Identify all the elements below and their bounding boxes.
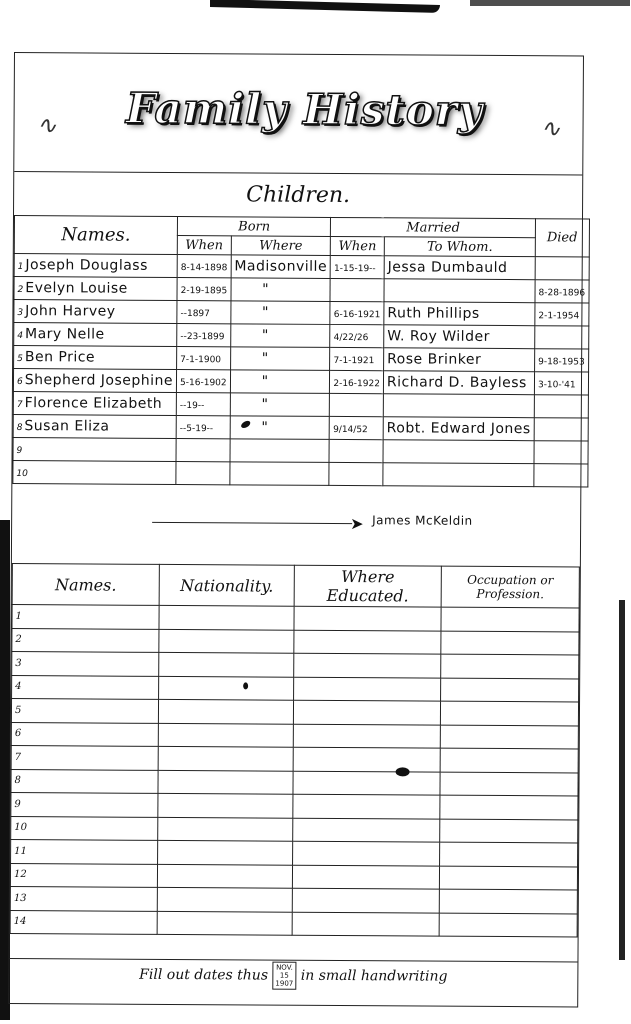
arrow-right-icon: ➤ xyxy=(350,514,364,533)
married-when-text: 7-1-1921 xyxy=(333,355,374,365)
arrow-line xyxy=(152,522,352,524)
born-where: " xyxy=(230,393,330,417)
col-married-to: To Whom. xyxy=(384,237,535,257)
nationality-cell xyxy=(158,840,293,864)
table-row: 13 xyxy=(10,886,577,913)
education-cell xyxy=(294,606,441,630)
name-cell: 5 xyxy=(11,698,158,722)
married-when-text: 2-16-1922 xyxy=(333,378,380,388)
child-name: 2Evelyn Louise xyxy=(14,277,177,301)
name-cell: 4 xyxy=(12,675,159,699)
row-number: 10 xyxy=(16,469,28,479)
child-name: 7Florence Elizabeth xyxy=(13,392,176,416)
born-where xyxy=(230,439,330,463)
born-when-text: 7-1-1900 xyxy=(180,355,221,365)
education-cell xyxy=(293,724,440,748)
row-number: 4 xyxy=(17,331,23,341)
born-when xyxy=(176,461,230,484)
education-cell xyxy=(293,794,440,818)
married-when: 4/22/26 xyxy=(330,324,384,347)
married-when-text: 9/14/52 xyxy=(333,424,368,434)
child-name: 10 xyxy=(13,461,176,485)
row-number: 7 xyxy=(17,400,23,410)
row-number: 5 xyxy=(15,705,21,716)
table-row: 10 xyxy=(13,461,588,488)
table-row: 6 xyxy=(11,722,578,749)
table-row: 14 xyxy=(10,910,577,937)
married-to: Rose Brinker xyxy=(384,348,535,372)
born-where-text: Madisonville xyxy=(234,258,327,275)
died-date-text: 2-1-1954 xyxy=(538,311,579,321)
row-number: 3 xyxy=(15,658,21,669)
date-example-month: NOV. xyxy=(276,964,293,972)
row-number: 12 xyxy=(14,869,27,880)
married-to: Robt. Edward Jones xyxy=(383,417,534,441)
born-where-text: " xyxy=(234,373,269,389)
died-date xyxy=(534,395,588,418)
col-names: Names. xyxy=(12,563,159,605)
died-date xyxy=(534,441,588,464)
born-when-text: --1897 xyxy=(180,309,209,319)
born-where-text: " xyxy=(234,327,269,343)
table-row: 10 xyxy=(11,816,578,843)
name-cell: 1 xyxy=(12,604,159,628)
name-cell: 12 xyxy=(10,863,157,887)
occupation-cell xyxy=(440,795,578,819)
nationality-cell xyxy=(159,605,294,629)
born-when: --19-- xyxy=(176,392,230,415)
child-name-text: Shepherd Josephine xyxy=(25,372,173,389)
ink-blot xyxy=(243,682,248,689)
education-cell xyxy=(293,771,440,795)
married-to xyxy=(383,463,534,487)
occupation-cell xyxy=(441,607,579,631)
occupation-cell xyxy=(440,842,578,866)
col-married-when: When xyxy=(331,236,385,255)
row-number: 6 xyxy=(15,728,21,739)
table-row: 2 xyxy=(12,628,579,655)
binding-shadow xyxy=(619,600,625,960)
nationality-cell xyxy=(158,793,293,817)
name-cell: 3 xyxy=(12,651,159,675)
flourish-right-icon: ∿ xyxy=(540,114,560,142)
child-name-text: John Harvey xyxy=(25,303,116,320)
children-table: Names. Born Married Died When Where When… xyxy=(12,215,589,488)
occupation-cell xyxy=(440,725,578,749)
born-when-text: 5-16-1902 xyxy=(180,378,227,388)
occupation-cell xyxy=(441,631,579,655)
died-date xyxy=(534,464,588,487)
married-when-text: 6-16-1921 xyxy=(334,309,381,319)
born-where: " xyxy=(230,324,330,348)
born-where-text: " xyxy=(233,419,268,435)
born-where: " xyxy=(230,370,330,394)
name-cell: 11 xyxy=(11,839,158,863)
married-to xyxy=(383,394,534,418)
married-when xyxy=(330,393,384,416)
row-number: 9 xyxy=(17,446,23,456)
married-to: W. Roy Wilder xyxy=(384,325,535,349)
married-to xyxy=(384,279,535,303)
col-nationality: Nationality. xyxy=(159,564,294,606)
married-to: Richard D. Bayless xyxy=(383,371,534,395)
row-number: 8 xyxy=(17,423,23,433)
page-title: Family History xyxy=(74,83,534,146)
married-to xyxy=(383,440,534,464)
col-occupation: Occupation or Profession. xyxy=(441,566,579,608)
margin-note: ➤ James McKeldin xyxy=(52,511,572,538)
married-when: 9/14/52 xyxy=(330,416,384,439)
education-cell xyxy=(294,630,441,654)
row-number: 7 xyxy=(15,752,21,763)
married-when: 1-15-19-- xyxy=(331,255,385,278)
table-row: 12 xyxy=(10,863,577,890)
child-name: 9 xyxy=(13,438,176,462)
occupation-cell xyxy=(441,678,579,702)
name-cell: 10 xyxy=(11,816,158,840)
born-where-text: " xyxy=(234,304,269,320)
ink-blot xyxy=(396,767,410,776)
col-married: Married xyxy=(331,217,536,237)
name-cell: 6 xyxy=(11,722,158,746)
married-to-text: Robt. Edward Jones xyxy=(387,420,531,437)
name-cell: 9 xyxy=(11,792,158,816)
married-to-text: Ruth Phillips xyxy=(387,305,479,322)
table-row: 3 xyxy=(12,651,579,678)
occupation-cell xyxy=(440,701,578,725)
child-name-text: Ben Price xyxy=(25,349,95,365)
born-where-text xyxy=(233,465,261,481)
row-number: 5 xyxy=(17,354,23,364)
died-date-text: 8-28-1896 xyxy=(539,288,586,298)
died-date xyxy=(535,257,589,280)
married-when-text: 1-15-19-- xyxy=(334,263,376,273)
child-name-text: Evelyn Louise xyxy=(25,280,128,297)
child-name: 6Shepherd Josephine xyxy=(13,369,176,393)
born-when: --23-1899 xyxy=(177,324,231,347)
date-example-box: NOV. 15 1907 xyxy=(272,962,296,990)
born-where-text: " xyxy=(234,281,269,297)
nationality-cell xyxy=(159,652,294,676)
born-when-text: 8-14-1898 xyxy=(181,263,228,273)
education-cell xyxy=(293,818,440,842)
child-name-text: Mary Nelle xyxy=(25,326,105,342)
row-number: 11 xyxy=(14,846,27,857)
col-where-educated: Where Educated. xyxy=(294,565,441,607)
table-row: 1 xyxy=(12,604,579,631)
education-cell xyxy=(293,700,440,724)
born-where xyxy=(230,462,330,486)
died-date xyxy=(534,418,588,441)
child-name: 8Susan Eliza xyxy=(13,415,176,439)
married-to-text: Richard D. Bayless xyxy=(387,374,527,391)
born-where-text: " xyxy=(234,350,269,366)
nationality-cell xyxy=(158,723,293,747)
footer-text-before: Fill out dates thus xyxy=(139,967,268,984)
born-when xyxy=(176,438,230,461)
died-date: 9-18-1953 xyxy=(535,349,589,372)
nationality-cell xyxy=(158,746,293,770)
born-where-text xyxy=(233,442,261,458)
nationality-cell xyxy=(158,817,293,841)
scan-edge-shadow xyxy=(470,0,630,6)
died-date xyxy=(535,326,589,349)
married-when xyxy=(329,462,383,485)
name-cell: 13 xyxy=(10,886,157,910)
child-name-text: Florence Elizabeth xyxy=(25,395,163,412)
note-text: James McKeldin xyxy=(372,513,473,528)
born-when: --5-19-- xyxy=(176,415,230,438)
nationality-cell xyxy=(159,629,294,653)
died-date-text: 3-10-'41 xyxy=(538,380,576,390)
nationality-cell xyxy=(158,770,293,794)
born-when-text: --5-19-- xyxy=(180,424,213,434)
born-where: " xyxy=(230,347,330,371)
table-row: 4 xyxy=(12,675,579,702)
row-number: 4 xyxy=(15,681,21,692)
row-number: 10 xyxy=(14,822,27,833)
col-born-when: When xyxy=(177,236,231,255)
name-cell: 8 xyxy=(11,769,158,793)
row-number: 3 xyxy=(17,308,23,318)
row-number: 8 xyxy=(15,775,21,786)
born-when: 7-1-1900 xyxy=(177,346,231,369)
name-cell: 7 xyxy=(11,745,158,769)
died-date-text: 9-18-1953 xyxy=(538,357,585,367)
education-cell xyxy=(294,677,441,701)
occupation-cell xyxy=(439,889,577,913)
nationality-cell xyxy=(159,676,294,700)
row-number: 2 xyxy=(15,634,21,645)
born-where-text: " xyxy=(233,396,268,412)
nationality-cell xyxy=(157,864,292,888)
date-example-day: 15 xyxy=(280,972,289,980)
married-when: 6-16-1921 xyxy=(330,301,384,324)
born-when: 8-14-1898 xyxy=(177,255,231,278)
col-died: Died xyxy=(535,219,589,257)
date-example-year: 1907 xyxy=(275,980,293,988)
born-where: " xyxy=(231,278,331,302)
child-name-text: Susan Eliza xyxy=(24,418,109,435)
married-when: 7-1-1921 xyxy=(330,347,384,370)
nationality-cell xyxy=(158,699,293,723)
occupation-cell xyxy=(441,654,579,678)
died-date: 2-1-1954 xyxy=(535,303,589,326)
born-where: " xyxy=(230,301,330,325)
footer-instructions: Fill out dates thus NOV. 15 1907 in smal… xyxy=(9,958,577,992)
child-name-text: Joseph Douglass xyxy=(25,257,148,274)
education-cell xyxy=(293,747,440,771)
table-row: 11 xyxy=(11,839,578,866)
table-row: 9 xyxy=(11,792,578,819)
name-cell: 2 xyxy=(12,628,159,652)
born-when-text: 2-19-1895 xyxy=(181,286,228,296)
education-cell xyxy=(292,912,439,936)
table-row: 8 xyxy=(11,769,578,796)
nationality-cell xyxy=(157,911,292,935)
table-row: 5 xyxy=(11,698,578,725)
name-cell: 14 xyxy=(10,910,157,934)
occupation-cell xyxy=(439,866,577,890)
education-cell xyxy=(293,841,440,865)
married-to-text: Jessa Dumbauld xyxy=(388,259,508,276)
education-cell xyxy=(292,888,439,912)
row-number: 14 xyxy=(14,916,27,927)
married-when: 2-16-1922 xyxy=(330,370,384,393)
married-to-text: Rose Brinker xyxy=(387,351,481,368)
occupation-cell xyxy=(440,819,578,843)
row-number: 13 xyxy=(14,893,27,904)
col-born: Born xyxy=(177,217,330,237)
col-names: Names. xyxy=(14,216,177,255)
married-when xyxy=(330,278,384,301)
married-to-text: W. Roy Wilder xyxy=(387,328,490,345)
nationality-cell xyxy=(157,887,292,911)
born-when: 2-19-1895 xyxy=(177,278,231,301)
col-born-where: Where xyxy=(231,236,331,256)
child-name: 4Mary Nelle xyxy=(14,323,177,347)
occupation-cell xyxy=(439,913,577,937)
family-history-page: ∿ Family History ∿ Children. Names. Born… xyxy=(8,52,584,1007)
row-number: 9 xyxy=(14,799,20,810)
row-number: 1 xyxy=(16,611,22,622)
flourish-left-icon: ∿ xyxy=(36,111,56,139)
married-when-text: 4/22/26 xyxy=(334,332,369,342)
table-row: 7 xyxy=(11,745,578,772)
married-to: Ruth Phillips xyxy=(384,302,535,326)
details-table: Names. Nationality. Where Educated. Occu… xyxy=(10,563,580,937)
child-name: 5Ben Price xyxy=(14,346,177,370)
died-date: 8-28-1896 xyxy=(535,280,589,303)
child-name: 1Joseph Douglass xyxy=(14,254,177,278)
row-number: 1 xyxy=(18,262,24,272)
born-when: --1897 xyxy=(177,301,231,324)
born-where: Madisonville xyxy=(231,255,331,279)
died-date: 3-10-'41 xyxy=(534,372,588,395)
footer-text-after: in small handwriting xyxy=(301,968,448,985)
title-banner: ∿ Family History ∿ xyxy=(14,53,583,175)
married-to: Jessa Dumbauld xyxy=(384,256,535,280)
born-when-text: --19-- xyxy=(180,401,205,411)
scan-edge-shadow xyxy=(210,0,440,13)
married-when xyxy=(329,439,383,462)
education-cell xyxy=(294,653,441,677)
education-cell xyxy=(292,865,439,889)
born-when-text: --23-1899 xyxy=(180,332,224,342)
child-name: 3John Harvey xyxy=(14,300,177,324)
children-section-title: Children. xyxy=(14,181,582,209)
table-row: 1Joseph Douglass8-14-1898Madisonville1-1… xyxy=(14,254,589,281)
row-number: 2 xyxy=(18,285,24,295)
occupation-cell xyxy=(440,772,578,796)
occupation-cell xyxy=(440,748,578,772)
row-number: 6 xyxy=(17,377,23,387)
born-when: 5-16-1902 xyxy=(177,369,231,392)
